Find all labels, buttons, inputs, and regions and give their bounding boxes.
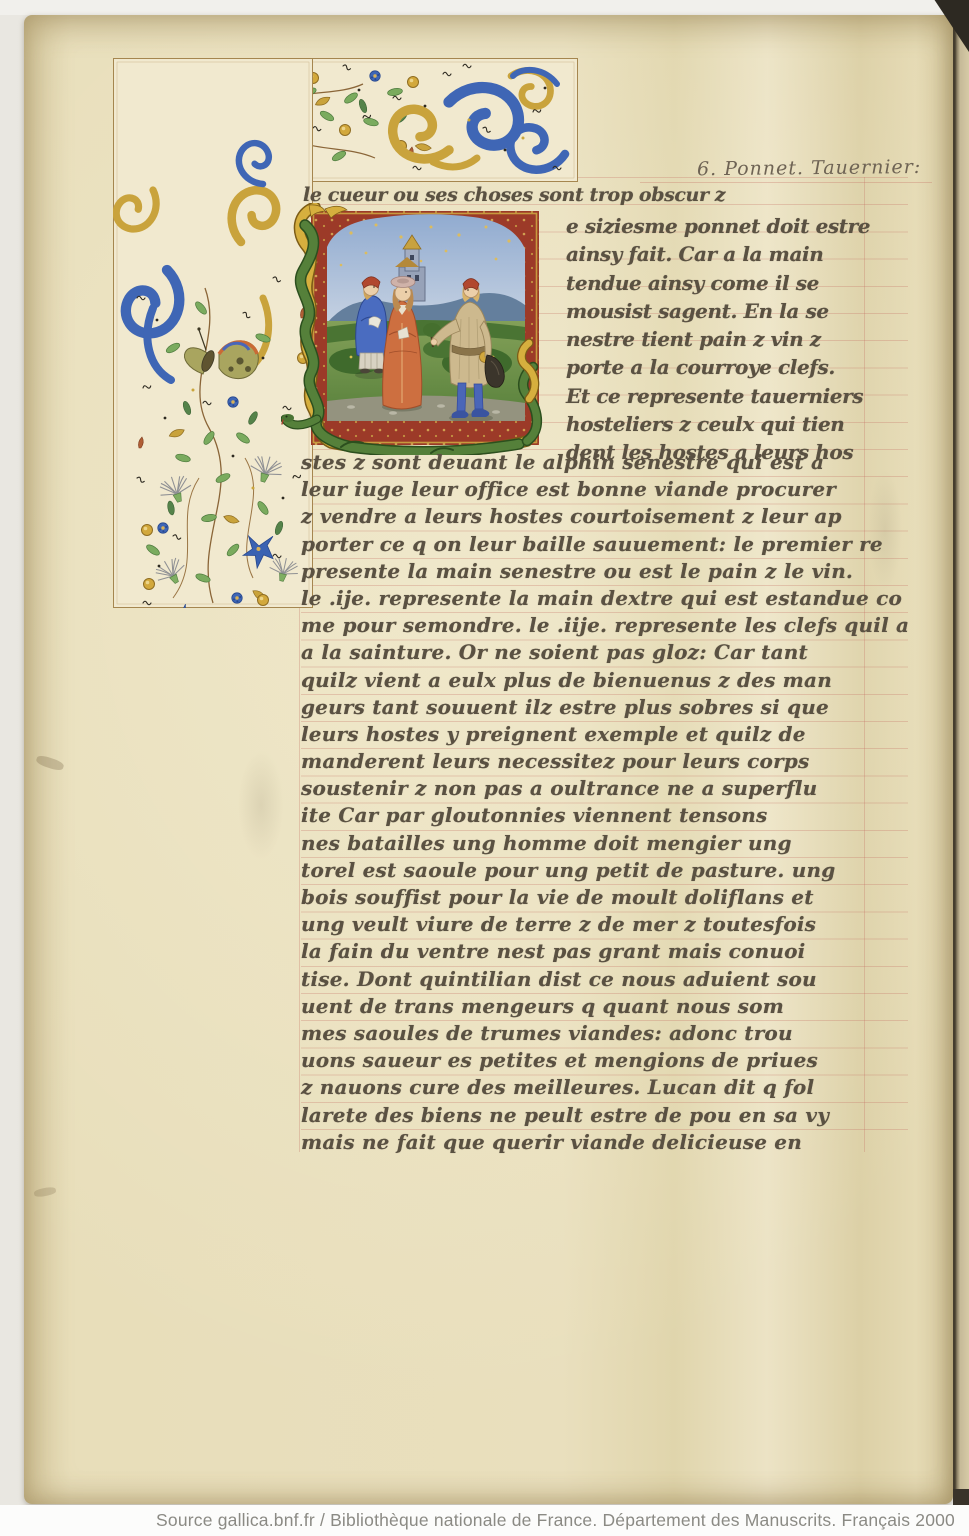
text-line: porter ce q on leur baille sauuement: le… <box>301 532 876 559</box>
text-line: mais ne fait que querir viande delicieus… <box>301 1130 876 1157</box>
scan-margin-top <box>0 0 969 15</box>
scan-background-corner <box>953 1489 969 1505</box>
text-line: ung veult viure de terre z de mer z tout… <box>301 912 876 939</box>
text-line: uent de trans mengeurs q quant nous som <box>301 994 876 1021</box>
text-line: presente la main senestre ou est le pain… <box>301 559 876 586</box>
text-line: bois souffist pour la vie de moult dolif… <box>301 885 876 912</box>
annotation-header: 6. Ponnet. Tauernier: <box>697 156 947 181</box>
text-line: z nauons cure des meilleures. Lucan dit … <box>301 1075 876 1102</box>
text-line: a la sainture. Or ne soient pas gloz: Ca… <box>301 640 876 667</box>
text-line: geurs tant souuent ilz estre plus sobres… <box>301 695 876 722</box>
text-line: stes z sont deuant le alphin senestre qu… <box>301 450 876 477</box>
opening-line: le cueur ou ses choses sont trop obscur … <box>303 184 725 206</box>
text-line: porte a la courroye clefs. <box>566 355 866 383</box>
text-line: z vendre a leurs hostes courtoisement z … <box>301 504 876 531</box>
text-line: la fain du ventre nest pas grant mais co… <box>301 939 876 966</box>
miniature-illustration <box>281 203 568 455</box>
source-bar: Source gallica.bnf.fr / Bibliothèque nat… <box>0 1505 969 1536</box>
text-column-beside-miniature: e siziesme ponnet doit estreainsy fait. … <box>566 214 866 469</box>
text-line: e siziesme ponnet doit estre <box>566 214 866 242</box>
text-line: soustenir z non pas a oultrance ne a sup… <box>301 776 876 803</box>
text-line: nestre tient pain z vin z <box>566 327 866 355</box>
scan-viewport: 6. Ponnet. Tauernier: le cueur ou ses ch… <box>0 0 969 1536</box>
text-line: manderent leurs necessitez pour leurs co… <box>301 749 876 776</box>
text-column-full-width: stes z sont deuant le alphin senestre qu… <box>301 450 876 1157</box>
text-line: quilz vient a eulx plus de bienuenus z d… <box>301 668 876 695</box>
text-line: leur iuge leur office est bonne viande p… <box>301 477 876 504</box>
text-line: hosteliers z ceulx qui tien <box>566 412 866 440</box>
text-line: tendue ainsy come il se <box>566 271 866 299</box>
text-line: uons saueur es petites et mengions de pr… <box>301 1048 876 1075</box>
text-line: ainsy fait. Car a la main <box>566 242 866 270</box>
text-line: leurs hostes y preignent exemple et quil… <box>301 722 876 749</box>
text-line: mousist sagent. En la se <box>566 299 866 327</box>
text-line: ite Car par gloutonnies viennent tensons <box>301 803 876 830</box>
text-line: me pour semondre. le .iije. represente l… <box>301 613 876 640</box>
text-line: torel est saoule pour ung petit de pastu… <box>301 858 876 885</box>
text-line: le .ije. represente la main dextre qui e… <box>301 586 876 613</box>
miniature-landscape <box>327 209 525 423</box>
ruling-header <box>640 182 932 183</box>
text-line: nes batailles ung homme doit mengier ung <box>301 831 876 858</box>
text-line: tise. Dont quintilian dist ce nous aduie… <box>301 967 876 994</box>
text-line: larete des biens ne peult estre de pou e… <box>301 1103 876 1130</box>
source-bar-text: Source gallica.bnf.fr / Bibliothèque nat… <box>156 1510 955 1530</box>
text-line: Et ce represente tauerniers <box>566 384 866 412</box>
page-edge <box>953 0 969 1505</box>
text-line: mes saoules de trumes viandes: adonc tro… <box>301 1021 876 1048</box>
